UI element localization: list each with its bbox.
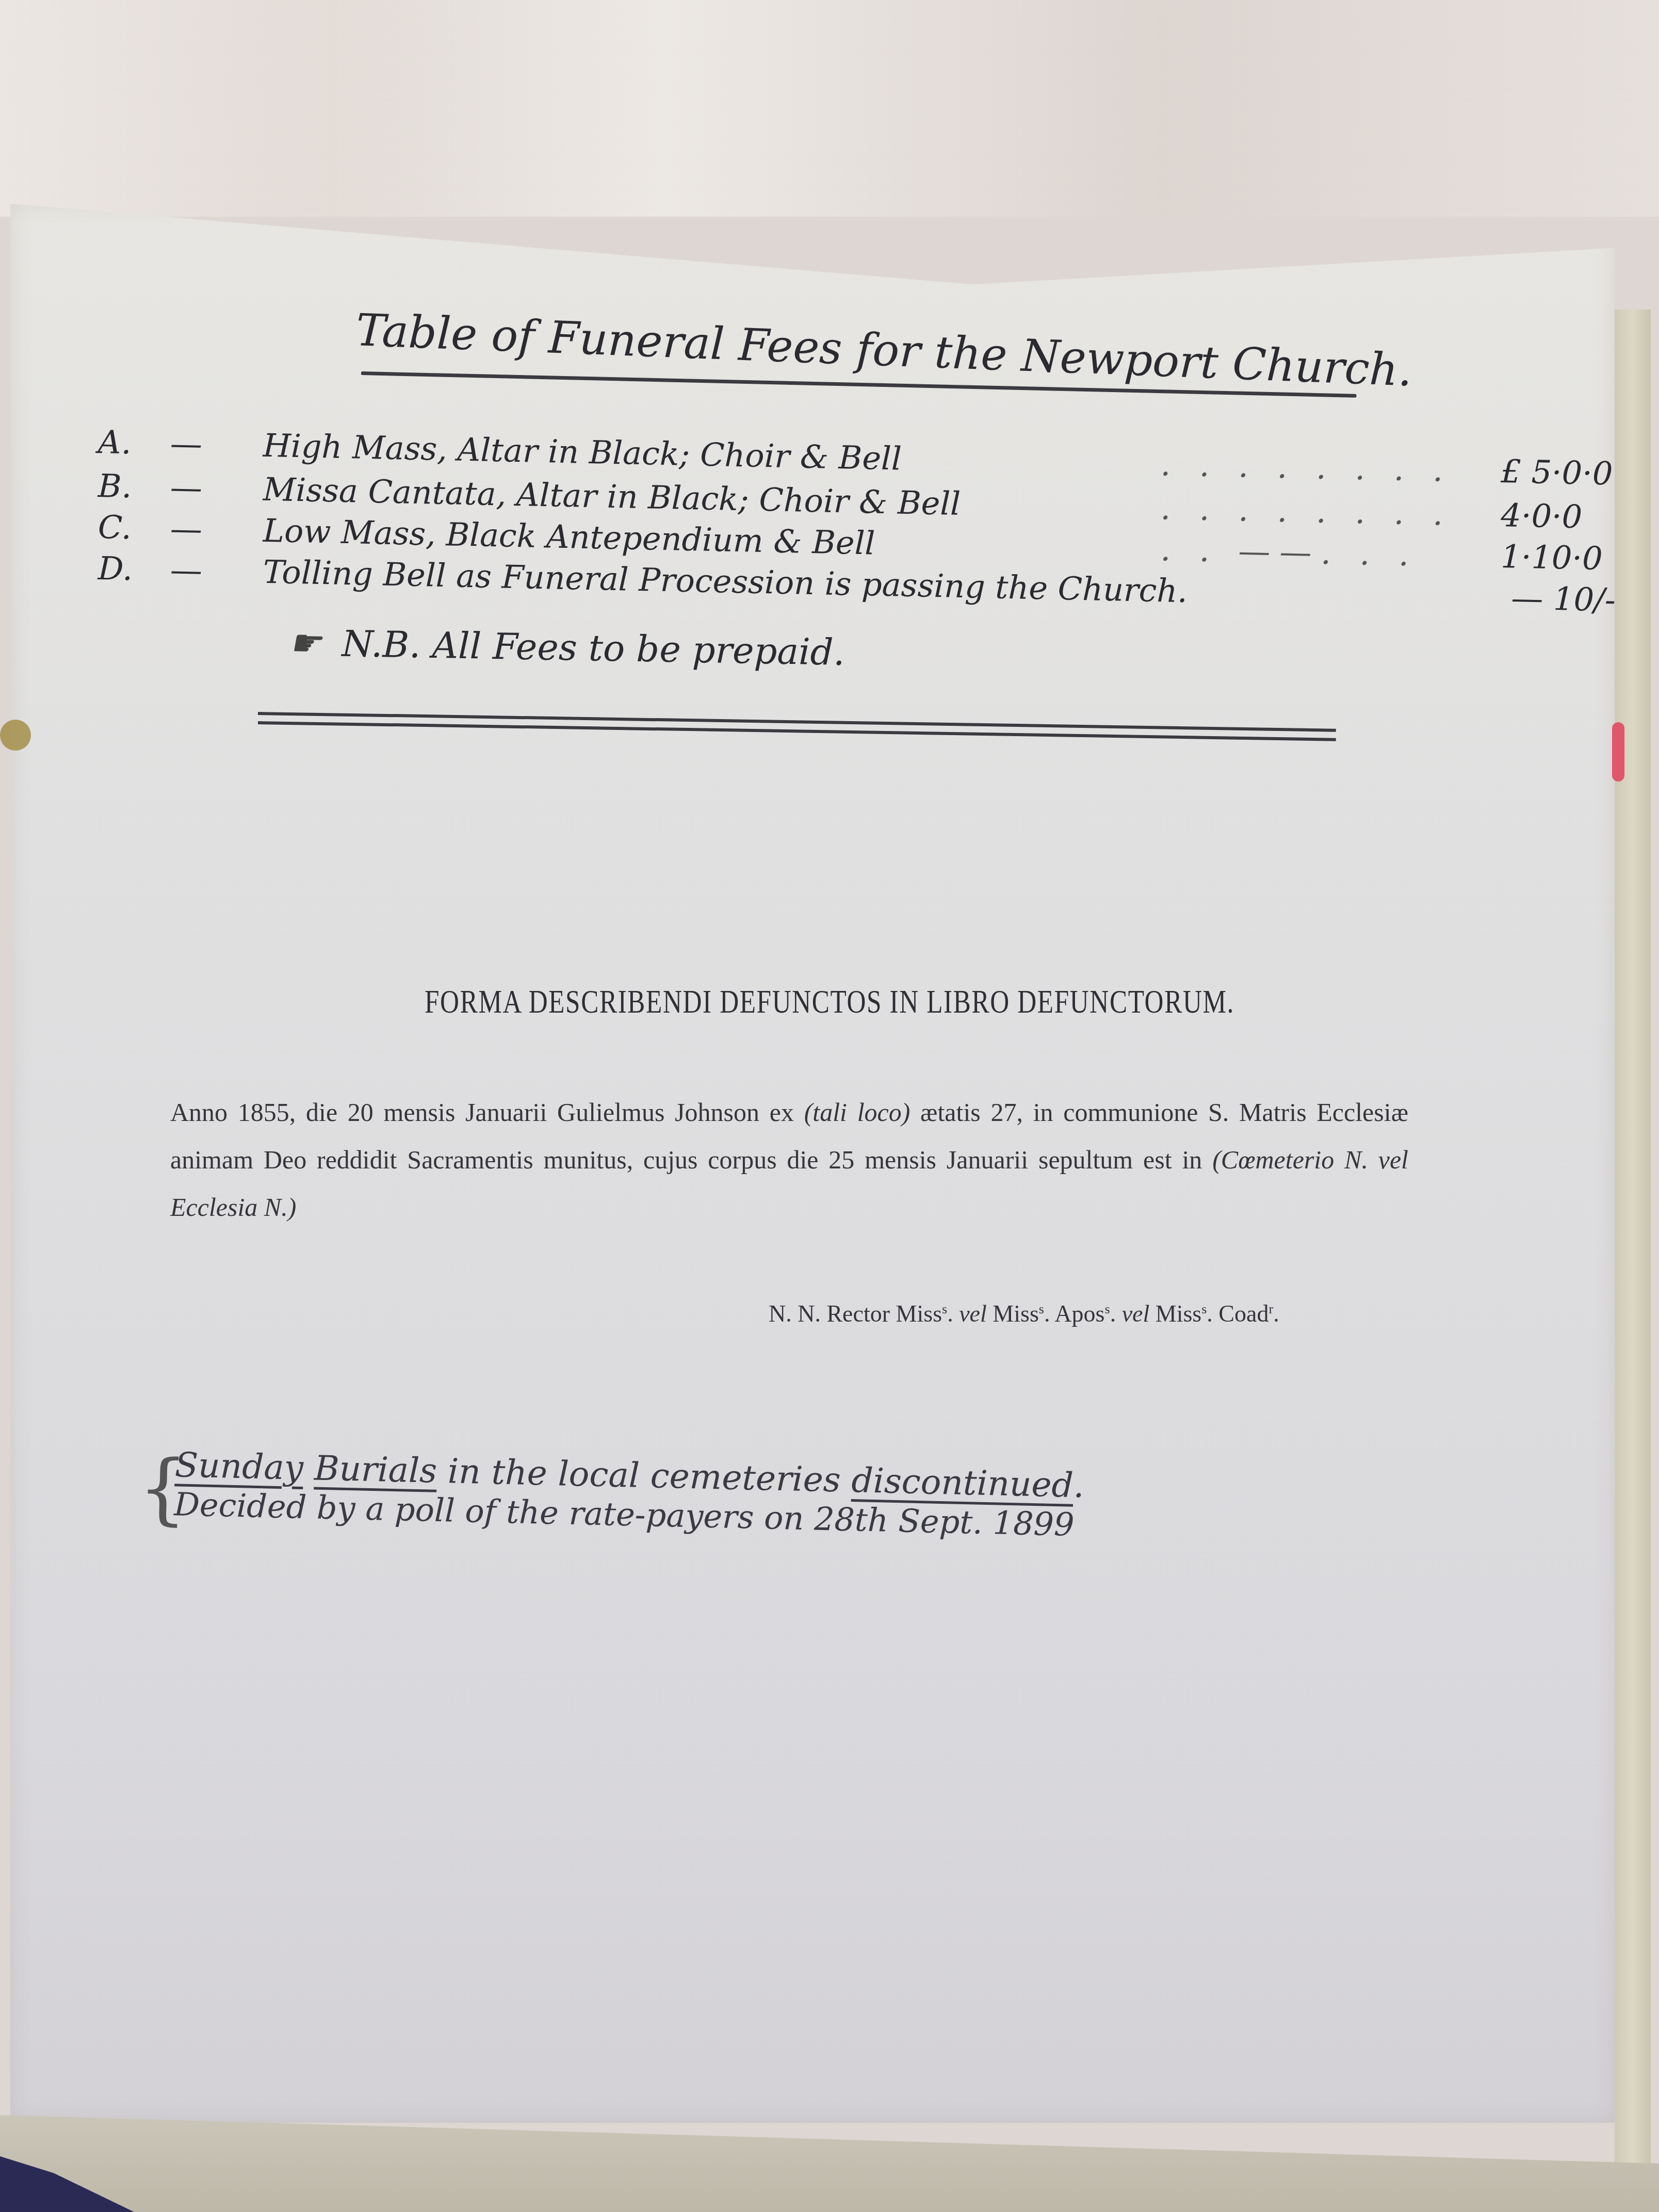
fee-amount: 1·10·0 [1501, 538, 1603, 577]
fee-letter: A. [97, 423, 160, 462]
sig-text: . [947, 1300, 959, 1327]
fee-leader-dots: . . . . . . . . [1160, 445, 1453, 489]
body-italic: (tali loco) [804, 1098, 910, 1127]
sig-sup: s [942, 1302, 947, 1316]
fee-amount: £ 5·0·0 [1501, 452, 1613, 493]
sig-italic: vel [959, 1300, 987, 1327]
note-underlined-word: Sunday [174, 1445, 304, 1488]
sig-text: Miss [1149, 1300, 1201, 1327]
fee-letter: C. [97, 508, 160, 547]
prepaid-note-text: N.B. All Fees to be prepaid. [341, 623, 845, 674]
body-text: Anno 1855, die 20 mensis Januarii Guliel… [170, 1098, 804, 1127]
fee-dash: — [170, 551, 207, 589]
sig-text: . Coad [1207, 1300, 1268, 1327]
sig-sup: s [1039, 1302, 1044, 1316]
fee-letter: B. [97, 467, 160, 506]
sig-text: N. N. Rector Miss [769, 1300, 942, 1327]
fee-leader-dots: . . ——. . . [1160, 530, 1419, 573]
sig-text: . [1273, 1300, 1279, 1327]
sig-text: . Apos [1044, 1300, 1105, 1327]
fee-letter: D. [97, 549, 160, 588]
sig-sup: s [1201, 1302, 1207, 1316]
sig-text: . [1110, 1300, 1122, 1327]
note-text: . [1073, 1466, 1085, 1505]
sig-sup: s [1105, 1302, 1110, 1316]
printed-example-entry: Anno 1855, die 20 mensis Januarii Guliel… [170, 1088, 1408, 1231]
sig-italic: vel [1122, 1300, 1150, 1327]
fee-amount: — 10/- [1511, 579, 1616, 619]
fee-dash: — [170, 510, 207, 548]
fee-dash: — [170, 425, 207, 463]
printed-signature: N. N. Rector Misss. vel Misss. Aposs. ve… [769, 1300, 1279, 1327]
red-bookmark-tab [1612, 722, 1624, 782]
fee-dash: — [170, 468, 207, 507]
book-bottom-edge [0, 2115, 1659, 2212]
fee-amount: 4·0·0 [1501, 496, 1583, 535]
note-underlined-word: Burials [314, 1448, 437, 1490]
sig-text: Miss [987, 1300, 1039, 1327]
foxing-stain [0, 720, 31, 751]
background-cloth [0, 0, 1659, 217]
note-underlined-word: discontinued [851, 1460, 1074, 1505]
sig-sup: r [1268, 1302, 1273, 1316]
printed-heading: FORMA DESCRIBENDI DEFUNCTOS IN LIBRO DEF… [166, 983, 1493, 1021]
pointing-hand-icon: ☛ [288, 622, 321, 664]
page-edges [1615, 310, 1651, 2167]
fee-leader-dots: . . . . . . . . [1160, 489, 1453, 533]
